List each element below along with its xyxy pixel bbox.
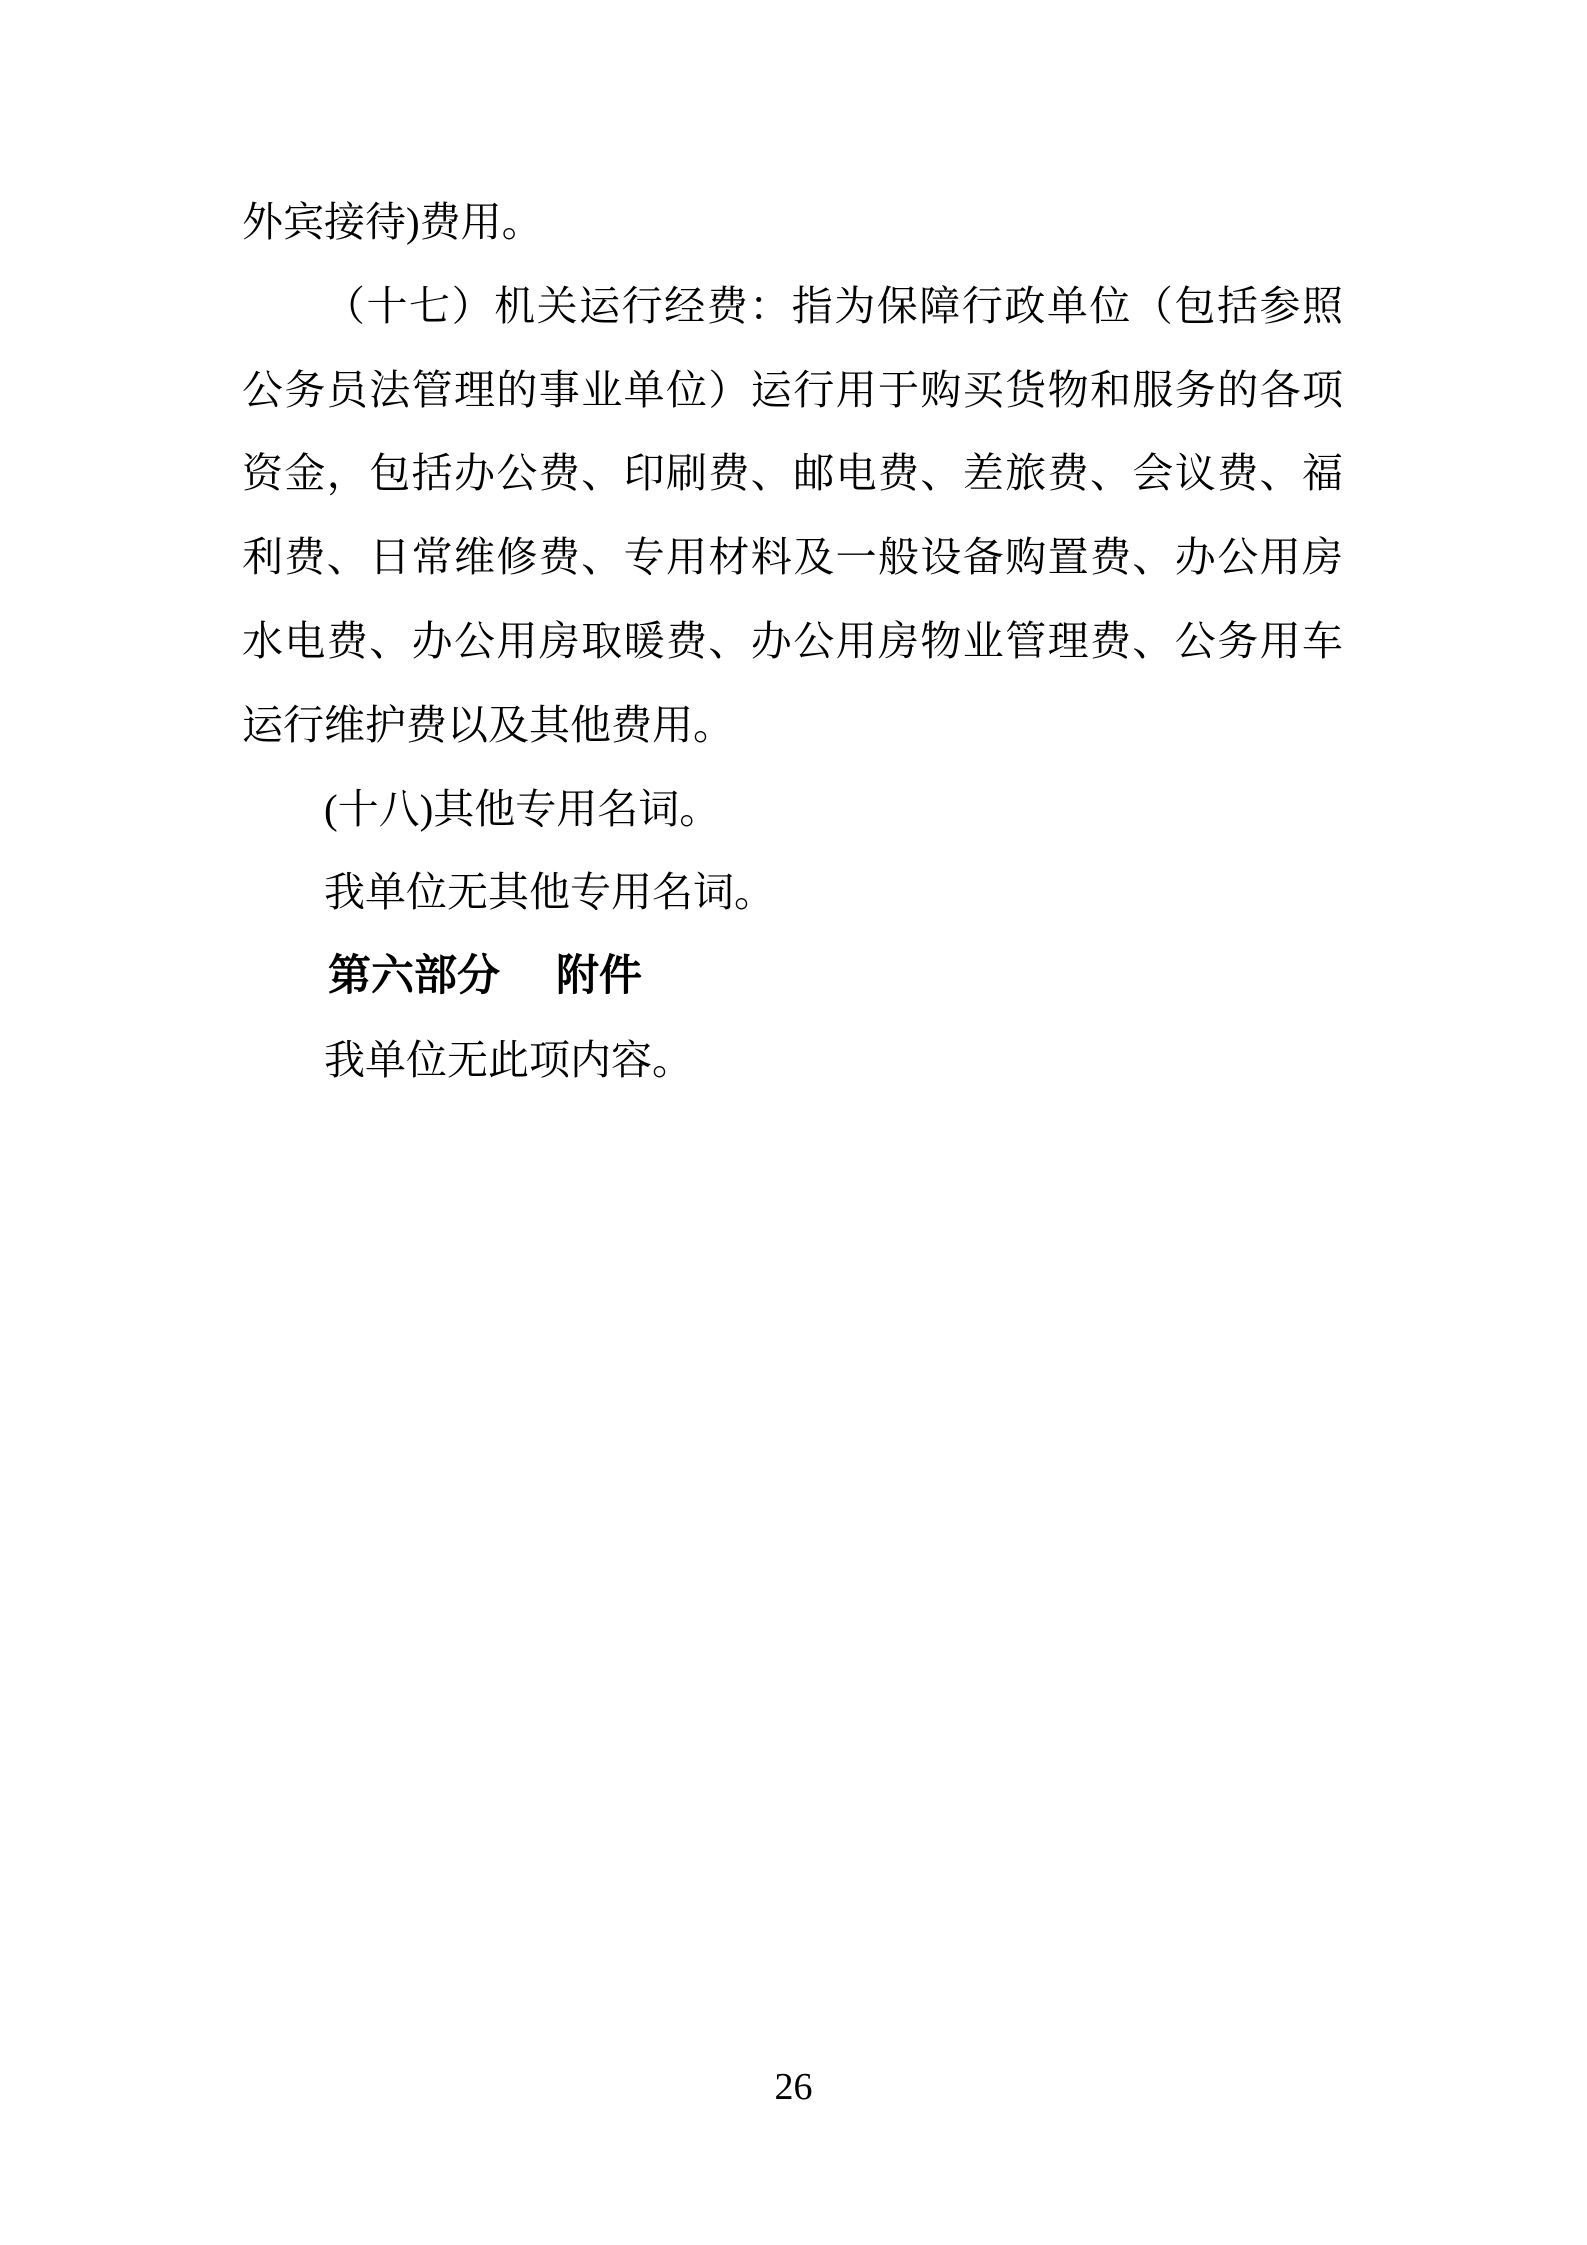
- paragraph-17-line-1: （十七）机关运行经费：指为保障行政单位（包括参照: [242, 265, 1343, 349]
- section-heading-label: 第六部分: [328, 952, 500, 1000]
- section-6-heading: 第六部分附件: [242, 935, 1343, 1019]
- no-other-terms-line: 我单位无其他专用名词。: [242, 851, 1343, 935]
- section-heading-title: 附件: [556, 952, 642, 1000]
- no-content-line: 我单位无此项内容。: [242, 1019, 1343, 1103]
- document-body: 外宾接待)费用。 （十七）机关运行经费：指为保障行政单位（包括参照 公务员法管理…: [242, 181, 1343, 1103]
- paragraph-18-line: (十八)其他专用名词。: [242, 768, 1343, 852]
- heading-gap-spacer: [500, 989, 556, 990]
- paragraph-17-line-6: 运行维护费以及其他费用。: [242, 684, 1343, 768]
- paragraph-17-line-2: 公务员法管理的事业单位）运行用于购买货物和服务的各项: [242, 349, 1343, 433]
- document-page: 外宾接待)费用。 （十七）机关运行经费：指为保障行政单位（包括参照 公务员法管理…: [0, 0, 1587, 2245]
- paragraph-continuation-line: 外宾接待)费用。: [242, 181, 1343, 265]
- paragraph-17-line-5: 水电费、办公用房取暖费、办公用房物业管理费、公务用车: [242, 600, 1343, 684]
- paragraph-17-line-3: 资金，包括办公费、印刷费、邮电费、差旅费、会议费、福: [242, 432, 1343, 516]
- paragraph-17-line-4: 利费、日常维修费、专用材料及一般设备购置费、办公用房: [242, 516, 1343, 600]
- page-number: 26: [0, 2062, 1587, 2112]
